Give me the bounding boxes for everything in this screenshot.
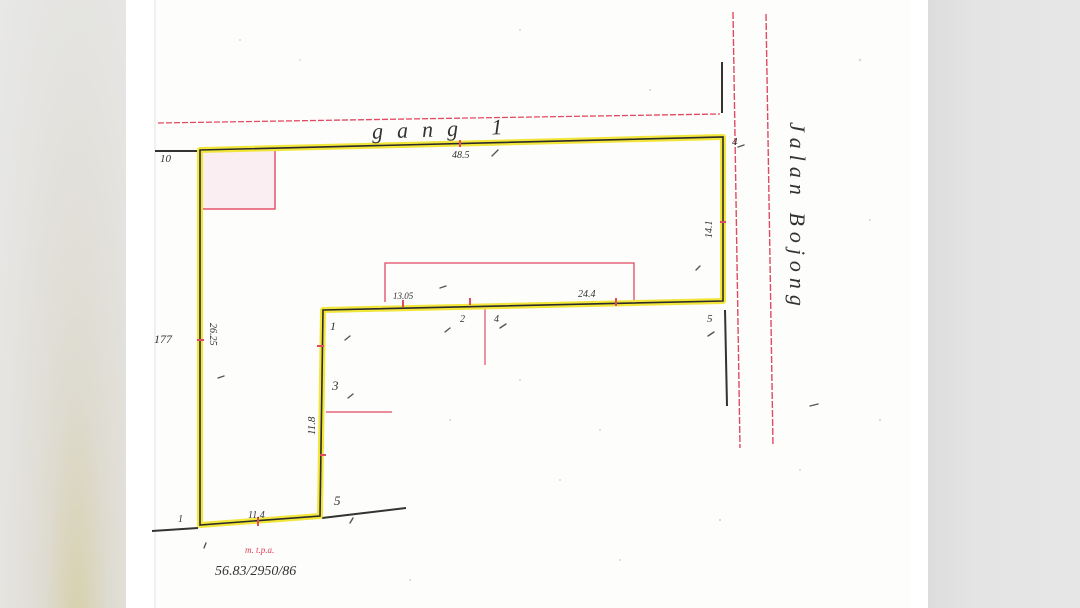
dimension-inner-top-right: 24.4 [578,289,596,300]
neighbor-line-bottom-left [152,528,198,531]
label-inner-5: 5 [334,493,341,508]
parcel-boundary [200,137,723,525]
label-inner-3: 3 [331,378,339,393]
label-neighbor-left: 177 [154,332,173,346]
building-outline-top-left [202,150,275,209]
dimension-top: 48.5 [452,150,470,161]
measurement-ticks [197,140,726,526]
street-boundary-east-2 [766,14,773,445]
dimension-inner-top-left: 13.05 [393,291,414,301]
street-boundary-east-1 [733,12,740,448]
label-corner-bottom-left: 1 [178,514,183,525]
label-inner-4: 4 [494,314,499,325]
label-corner-top-right: 4 [732,136,738,148]
neighbor-line-bottom [322,508,406,518]
red-stamp: m. t.p.a. [245,545,274,555]
parcel-boundary-highlight [200,137,723,525]
dimension-left: 26.25 [207,323,218,346]
survey-plan-drawing: gang 1 Jalan Bojong 48.5 14.1 13.05 24.4… [0,0,1080,608]
label-inner-corner: 1 [330,319,336,333]
neighbor-line-east [725,310,727,406]
dimension-inner-vertical: 11.8 [306,416,318,435]
street-name-east: Jalan Bojong [785,122,810,312]
label-corner-right-mid: 5 [707,313,713,325]
dimension-right: 14.1 [704,221,715,239]
label-neighbor-top-left: 10 [160,153,172,165]
street-name-north: gang 1 [372,114,517,144]
reference-number: 56.83/2950/86 [215,564,296,579]
dimension-bottom: 11.4 [248,510,265,521]
building-outline-middle [385,263,634,302]
label-inner-2: 2 [460,314,465,325]
